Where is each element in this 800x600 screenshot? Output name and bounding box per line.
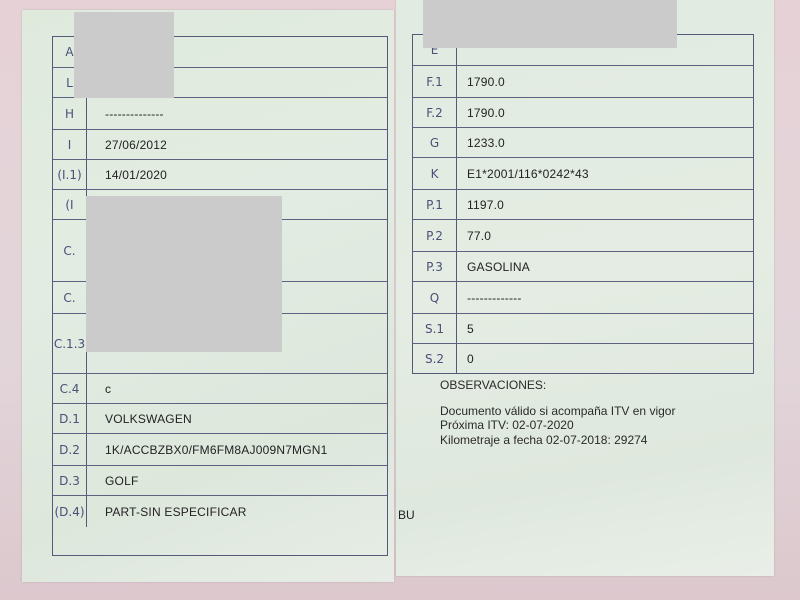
table-row: (I.1)14/01/2020	[53, 159, 387, 189]
redaction-block	[423, 0, 677, 48]
observations-heading: OBSERVACIONES:	[440, 378, 546, 392]
field-code: F.2	[413, 98, 457, 127]
field-value: VOLKSWAGEN	[105, 404, 192, 433]
field-value: 14/01/2020	[105, 160, 167, 189]
field-code: (I	[53, 190, 87, 219]
field-code: C.4	[53, 374, 87, 403]
table-row: S.20	[413, 343, 753, 373]
table-row: S.15	[413, 313, 753, 343]
field-code: D.3	[53, 466, 87, 495]
table-row: (D.4)PART-SIN ESPECIFICAR	[53, 495, 387, 527]
field-value: 0	[467, 344, 474, 373]
field-value: PART-SIN ESPECIFICAR	[105, 496, 247, 527]
field-code: C.	[53, 282, 87, 313]
field-code: F.1	[413, 66, 457, 97]
field-code: (D.4)	[53, 496, 87, 527]
table-row: I27/06/2012	[53, 129, 387, 159]
redaction-block	[86, 196, 282, 352]
field-value: GOLF	[105, 466, 138, 495]
field-value: 1197.0	[467, 190, 504, 219]
table-row: KE1*2001/116*0242*43	[413, 157, 753, 189]
field-value: E1*2001/116*0242*43	[467, 158, 589, 189]
observation-line: Documento válido si acompaña ITV en vigo…	[440, 404, 675, 418]
table-row: P.277.0	[413, 219, 753, 251]
right-page: EF.11790.0F.21790.0G1233.0KE1*2001/116*0…	[396, 0, 774, 576]
table-row: C.4c	[53, 373, 387, 403]
field-code: S.1	[413, 314, 457, 343]
field-code: I	[53, 130, 87, 159]
footer-code: BU	[398, 508, 415, 522]
field-value: 1K/ACCBZBX0/FM6FM8AJ009N7MGN1	[105, 434, 328, 465]
field-value: 1233.0	[467, 128, 505, 157]
field-code: C.1.3	[53, 314, 87, 373]
table-row: F.11790.0	[413, 65, 753, 97]
table-row: F.21790.0	[413, 97, 753, 127]
field-code: S.2	[413, 344, 457, 373]
field-value: --------------	[105, 98, 164, 129]
field-code: D.2	[53, 434, 87, 465]
field-code: C.	[53, 220, 87, 281]
table-row: Q-------------	[413, 281, 753, 313]
table-row: G1233.0	[413, 127, 753, 157]
right-field-table: EF.11790.0F.21790.0G1233.0KE1*2001/116*0…	[412, 34, 754, 374]
field-code: G	[413, 128, 457, 157]
field-value: c	[105, 374, 111, 403]
observation-line: Kilometraje a fecha 02-07-2018: 29274	[440, 433, 647, 447]
redaction-block	[74, 12, 174, 98]
field-value: 77.0	[467, 220, 491, 251]
table-row: D.3GOLF	[53, 465, 387, 495]
table-row: P.3GASOLINA	[413, 251, 753, 281]
field-code: P.2	[413, 220, 457, 251]
field-code: P.1	[413, 190, 457, 219]
field-value: 27/06/2012	[105, 130, 167, 159]
field-code: Q	[413, 282, 457, 313]
observation-line: Próxima ITV: 02-07-2020	[440, 418, 574, 432]
field-value: GASOLINA	[467, 252, 530, 281]
field-code: (I.1)	[53, 160, 87, 189]
field-value: 5	[467, 314, 474, 343]
field-code: K	[413, 158, 457, 189]
field-code: P.3	[413, 252, 457, 281]
field-code: H	[53, 98, 87, 129]
table-row: D.21K/ACCBZBX0/FM6FM8AJ009N7MGN1	[53, 433, 387, 465]
field-value: -------------	[467, 282, 522, 313]
table-row: H--------------	[53, 97, 387, 129]
field-value: 1790.0	[467, 98, 505, 127]
table-row: D.1VOLKSWAGEN	[53, 403, 387, 433]
field-code: D.1	[53, 404, 87, 433]
field-value: 1790.0	[467, 66, 505, 97]
table-row: P.11197.0	[413, 189, 753, 219]
